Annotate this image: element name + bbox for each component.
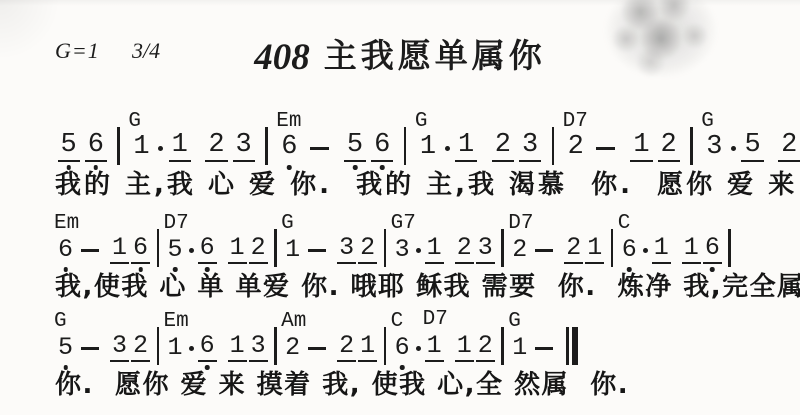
held-note-dash xyxy=(81,347,99,350)
note: 1G xyxy=(417,133,439,162)
note-number: 2 xyxy=(337,331,356,362)
note: 5 xyxy=(58,131,80,162)
chord-label: G xyxy=(128,111,141,132)
barline xyxy=(274,229,277,267)
note: 3G xyxy=(703,133,725,162)
barline xyxy=(404,127,407,165)
note-number: 6 xyxy=(56,235,75,264)
note-number: 2 xyxy=(131,331,150,362)
staff-line-3: 5G321Em6132Am216C1D7121G 你. 愿你 爱 来 摸着 我,… xyxy=(55,324,629,401)
note: 2D7 xyxy=(510,235,529,264)
lyrics-line-2: 我,使我 心 单 单爱 你. 哦耶 稣我 需要 你. 炼净 我,完全属 xyxy=(55,271,800,303)
note: 5G xyxy=(56,333,75,362)
note-number: 2 xyxy=(565,133,587,162)
note-number: 6 xyxy=(131,233,150,264)
note-number: 6 xyxy=(620,235,639,264)
barline xyxy=(611,229,614,267)
note-number: 3 xyxy=(110,331,129,362)
held-note-dash xyxy=(308,347,326,350)
chord-label: D7 xyxy=(508,213,533,234)
note-number: 6 xyxy=(371,131,393,162)
note: 6C xyxy=(393,333,412,362)
note-number: 6 xyxy=(393,333,412,362)
note-number: 3 xyxy=(233,131,255,162)
note-number: 2 xyxy=(658,131,680,162)
note: 2 xyxy=(778,131,800,162)
note-number: 2 xyxy=(205,131,227,162)
note: 6 xyxy=(131,233,150,264)
note-number: 2 xyxy=(358,233,377,264)
note-number: 1 xyxy=(417,133,439,162)
note-number: 1 xyxy=(166,333,185,362)
note-number: 5 xyxy=(58,131,80,162)
note: 1G xyxy=(130,133,152,162)
note-number: 1 xyxy=(425,331,444,362)
chord-label: C xyxy=(618,213,631,234)
note: 1 xyxy=(110,233,129,264)
note: 1 xyxy=(652,233,671,264)
note-number: 1 xyxy=(110,233,129,264)
note: 2D7 xyxy=(565,133,587,162)
barline xyxy=(728,229,731,267)
note: 2 xyxy=(492,131,514,162)
barline xyxy=(501,229,504,267)
augmentation-dot xyxy=(445,146,450,151)
note-number: 2 xyxy=(564,233,583,264)
note: 3 xyxy=(233,131,255,162)
note: 3 xyxy=(337,233,356,264)
note-number: 1 xyxy=(283,235,302,264)
barline xyxy=(690,127,693,165)
augmentation-dot xyxy=(416,346,421,351)
chord-label: C xyxy=(391,311,404,332)
note: 3 xyxy=(110,331,129,362)
note-number: 1 xyxy=(455,131,477,162)
note: 1 xyxy=(169,131,191,162)
notation-row-1: 561G1236Em561G1232D7123G521 xyxy=(55,124,800,162)
held-note-dash xyxy=(308,249,326,252)
note-number: 2 xyxy=(283,333,302,362)
lyrics-line-1: 我的 主,我 心 爱 你. 我的 主,我 渴慕 你. 愿你 爱 来 吸引 xyxy=(55,169,800,201)
final-barline-thin xyxy=(566,327,569,365)
note: 6 xyxy=(198,331,217,362)
note-number: 1 xyxy=(228,331,247,362)
held-note-dash xyxy=(81,249,99,252)
note: 1 xyxy=(228,331,247,362)
note-number: 2 xyxy=(249,233,268,264)
barline xyxy=(274,327,277,365)
note-number: 2 xyxy=(492,131,514,162)
notation-row-3: 5G321Em6132Am216C1D7121G xyxy=(55,324,629,362)
note-number: 5 xyxy=(741,131,763,162)
barline xyxy=(157,229,160,267)
note: 3G7 xyxy=(393,235,412,264)
note: 6 xyxy=(85,131,107,162)
note: 2 xyxy=(205,131,227,162)
note-number: 1 xyxy=(682,233,701,264)
barline xyxy=(384,229,387,267)
note-number: 2 xyxy=(510,235,529,264)
augmentation-dot xyxy=(643,248,648,253)
note: 6C xyxy=(620,235,639,264)
chord-label: G xyxy=(508,311,521,332)
note-number: 3 xyxy=(393,235,412,264)
barline xyxy=(552,127,555,165)
note-number: 1 xyxy=(585,233,604,264)
note-number: 5 xyxy=(344,131,366,162)
note: 6Em xyxy=(278,133,300,162)
note: 6 xyxy=(198,233,217,264)
staff-line-1: 561G1236Em561G1232D7123G521 我的 主,我 心 爱 你… xyxy=(55,124,800,201)
chord-label: G7 xyxy=(391,213,416,234)
note-number: 2 xyxy=(476,331,495,362)
note-number: 1 xyxy=(358,331,377,362)
note-number: 3 xyxy=(519,131,541,162)
note: 6Em xyxy=(56,235,75,264)
note-number: 1 xyxy=(130,133,152,162)
held-note-dash xyxy=(310,147,329,150)
note-number: 6 xyxy=(278,133,300,162)
note-number: 1 xyxy=(455,331,474,362)
held-note-dash xyxy=(596,147,615,150)
note: 2 xyxy=(337,331,356,362)
augmentation-dot xyxy=(416,248,421,253)
chord-label: Em xyxy=(54,213,79,234)
note: 3 xyxy=(476,233,495,264)
note: 2 xyxy=(358,233,377,264)
note: 2 xyxy=(249,233,268,264)
chord-label: Em xyxy=(276,111,301,132)
note-number: 2 xyxy=(778,131,800,162)
note-number: 3 xyxy=(337,233,356,264)
chord-label: Em xyxy=(164,311,189,332)
chord-label: G xyxy=(415,111,428,132)
note: 1 xyxy=(358,331,377,362)
note: 1 xyxy=(455,331,474,362)
note-number: 1 xyxy=(169,131,191,162)
note: 1G xyxy=(510,333,529,362)
note: 3 xyxy=(249,331,268,362)
note-number: 2 xyxy=(455,233,474,264)
augmentation-dot xyxy=(731,146,736,151)
note: 1 xyxy=(228,233,247,264)
barline xyxy=(117,127,120,165)
note: 1 xyxy=(425,233,444,264)
note-number: 6 xyxy=(198,233,217,264)
chord-label: D7 xyxy=(423,309,448,330)
note: 2 xyxy=(476,331,495,362)
augmentation-dot xyxy=(158,146,163,151)
note: 2 xyxy=(658,131,680,162)
note: 5D7 xyxy=(166,235,185,264)
note-number: 1 xyxy=(228,233,247,264)
note-number: 1 xyxy=(652,233,671,264)
note-number: 3 xyxy=(703,133,725,162)
note-number: 6 xyxy=(85,131,107,162)
note: 5 xyxy=(344,131,366,162)
hymn-sheet-page: G=1 3/4 408主我愿单属你 561G1236Em561G1232D712… xyxy=(0,0,800,415)
augmentation-dot xyxy=(189,248,194,253)
augmentation-dot xyxy=(189,346,194,351)
note-number: 6 xyxy=(198,331,217,362)
note-number: 3 xyxy=(249,331,268,362)
chord-label: G xyxy=(701,111,714,132)
barline xyxy=(265,127,268,165)
note: 5 xyxy=(741,131,763,162)
note-number: 1 xyxy=(630,131,652,162)
chord-label: D7 xyxy=(164,213,189,234)
note: 1 xyxy=(455,131,477,162)
barline xyxy=(384,327,387,365)
hymn-number: 408 xyxy=(254,37,310,78)
lyrics-line-3: 你. 愿你 爱 来 摸着 我, 使我 心,全 然属 你. xyxy=(55,369,629,401)
note: 1G xyxy=(283,235,302,264)
note: 2 xyxy=(455,233,474,264)
note: 3 xyxy=(519,131,541,162)
barline xyxy=(157,327,160,365)
note-number: 6 xyxy=(703,233,722,264)
chord-label: D7 xyxy=(563,111,588,132)
note-number: 1 xyxy=(510,333,529,362)
note: 1D7 xyxy=(425,331,444,362)
chord-label: G xyxy=(54,311,67,332)
note-number: 1 xyxy=(425,233,444,264)
held-note-dash xyxy=(535,249,553,252)
chord-label: Am xyxy=(281,311,306,332)
note: 2 xyxy=(131,331,150,362)
final-barline-thick xyxy=(572,327,578,365)
final-barline xyxy=(566,327,578,365)
note: 1 xyxy=(630,131,652,162)
note-number: 3 xyxy=(476,233,495,264)
note-number: 5 xyxy=(56,333,75,362)
staff-line-2: 6Em165D76121G323G71232D7216C116 我,使我 心 单… xyxy=(55,226,800,303)
note-number: 5 xyxy=(166,235,185,264)
note: 1Em xyxy=(166,333,185,362)
note: 2 xyxy=(564,233,583,264)
note: 2Am xyxy=(283,333,302,362)
notation-row-2: 6Em165D76121G323G71232D7216C116 xyxy=(55,226,800,264)
hymn-title: 主我愿单属你 xyxy=(324,36,546,75)
note: 1 xyxy=(585,233,604,264)
note: 1 xyxy=(682,233,701,264)
note: 6 xyxy=(703,233,722,264)
note: 6 xyxy=(371,131,393,162)
chord-label: G xyxy=(281,213,294,234)
barline xyxy=(501,327,504,365)
held-note-dash xyxy=(535,347,553,350)
